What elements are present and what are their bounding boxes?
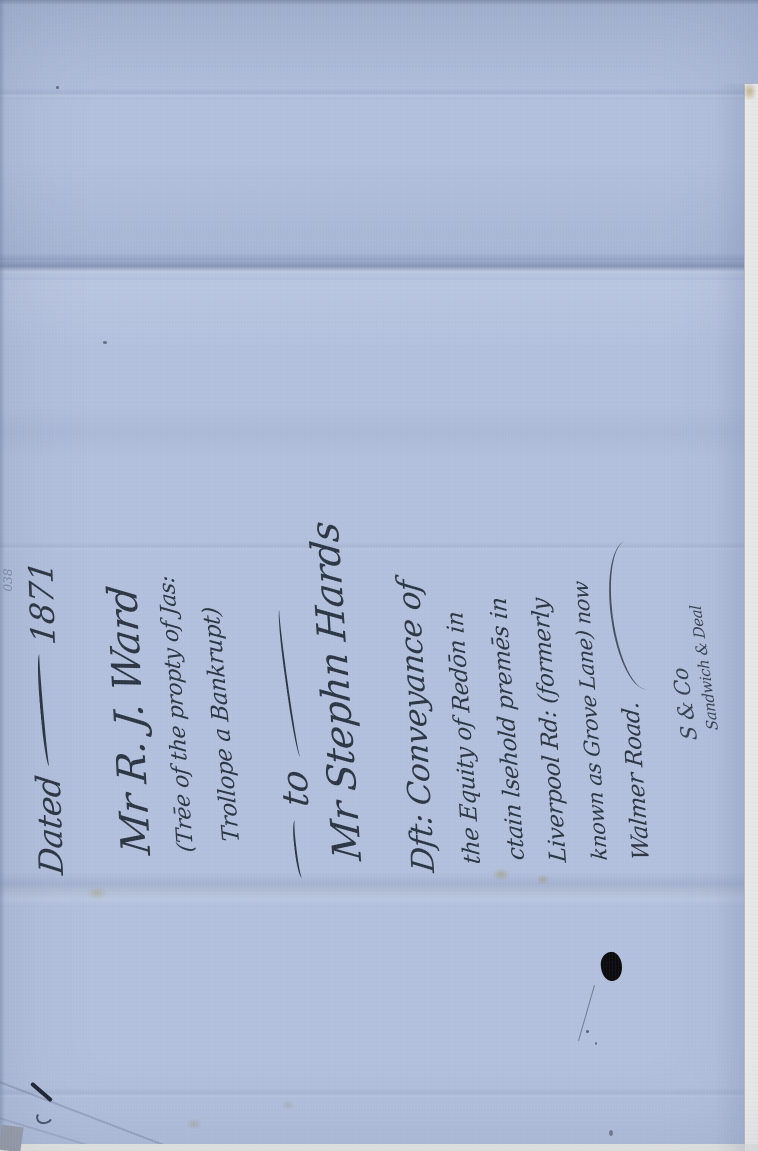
fold-crease — [0, 1088, 758, 1098]
fold-crease — [0, 88, 758, 98]
party-from-line: Mr R. J. Ward — [100, 585, 160, 855]
connector-word: to — [274, 769, 317, 809]
stain — [742, 82, 757, 101]
description-line-2: the Equity of Redōn in — [442, 611, 486, 865]
paper-shading — [0, 160, 758, 260]
date-line: Dated 1871 — [21, 561, 71, 875]
ink-speck — [595, 1042, 597, 1045]
stain — [282, 1100, 294, 1110]
party-from-role-line-1: (Trēe of the propty of Jas: — [155, 575, 199, 853]
party-from-name: Mr R. J. Ward — [100, 584, 160, 856]
description-line-4: Liverpool Rd: (formerly — [528, 597, 572, 862]
paper-edge-top — [0, 0, 758, 5]
party-from-role-line-2: Trollope a Bankrupt) — [199, 606, 245, 843]
speck — [609, 1130, 613, 1136]
description-line-6: Walmer Road. — [606, 541, 656, 861]
description-text-4: Liverpool Rd: (formerly — [527, 597, 572, 863]
speck — [103, 341, 107, 344]
stain — [86, 886, 108, 900]
handwritten-endorsement: Dated 1871 Mr R. J. Ward (Trēe of the pr… — [28, 558, 743, 888]
document-scan: 038 Dated 1871 Mr R. J. Ward (Trēe of th… — [0, 0, 758, 1151]
pen-mark-curl — [34, 1108, 54, 1126]
party-from-role-text-2: Trollope a Bankrupt) — [198, 606, 245, 842]
flourish-dash — [275, 609, 306, 757]
description-text-1: Dft: Conveyance of — [391, 579, 443, 874]
paper-shading-mid — [0, 405, 758, 460]
paper-shading-top — [0, 0, 758, 100]
description-text-5: known as Grove Lane) now — [568, 580, 612, 861]
scan-corner-shadow — [0, 1125, 24, 1151]
date-label: Dated — [28, 774, 71, 877]
date-year: 1871 — [21, 559, 63, 646]
party-from-role-text-1: (Trēe of the propty of Jas: — [155, 575, 200, 853]
fold-crease-main — [0, 253, 758, 279]
fold-crease — [0, 542, 758, 551]
description-line-3: ctain lsehold premēs in — [486, 597, 530, 861]
scan-edge-bottom — [0, 1144, 758, 1151]
diagonal-crease — [0, 1116, 111, 1151]
pencil-number: 038 — [1, 557, 17, 603]
description-line-1: Dft: Conveyance of — [391, 580, 442, 873]
description-text-6: Walmer Road. — [618, 701, 655, 861]
diagonal-crease — [0, 1078, 188, 1151]
scan-edge-right — [744, 84, 758, 1151]
description-text-2: the Equity of Redōn in — [442, 611, 486, 866]
speck — [56, 86, 59, 89]
paper-highlight — [0, 280, 758, 350]
flourish-dash — [35, 654, 56, 767]
ink-blot-tail — [578, 985, 595, 1041]
ink-blot — [599, 951, 624, 983]
description-line-5: known as Grove Lane) now — [569, 581, 612, 861]
description-text-3: ctain lsehold premēs in — [486, 597, 531, 862]
flourish-dash — [290, 820, 307, 879]
ink-speck — [586, 1030, 589, 1033]
stain — [186, 1118, 202, 1130]
flourish-arc — [601, 541, 650, 693]
pen-mark — [30, 1082, 53, 1103]
